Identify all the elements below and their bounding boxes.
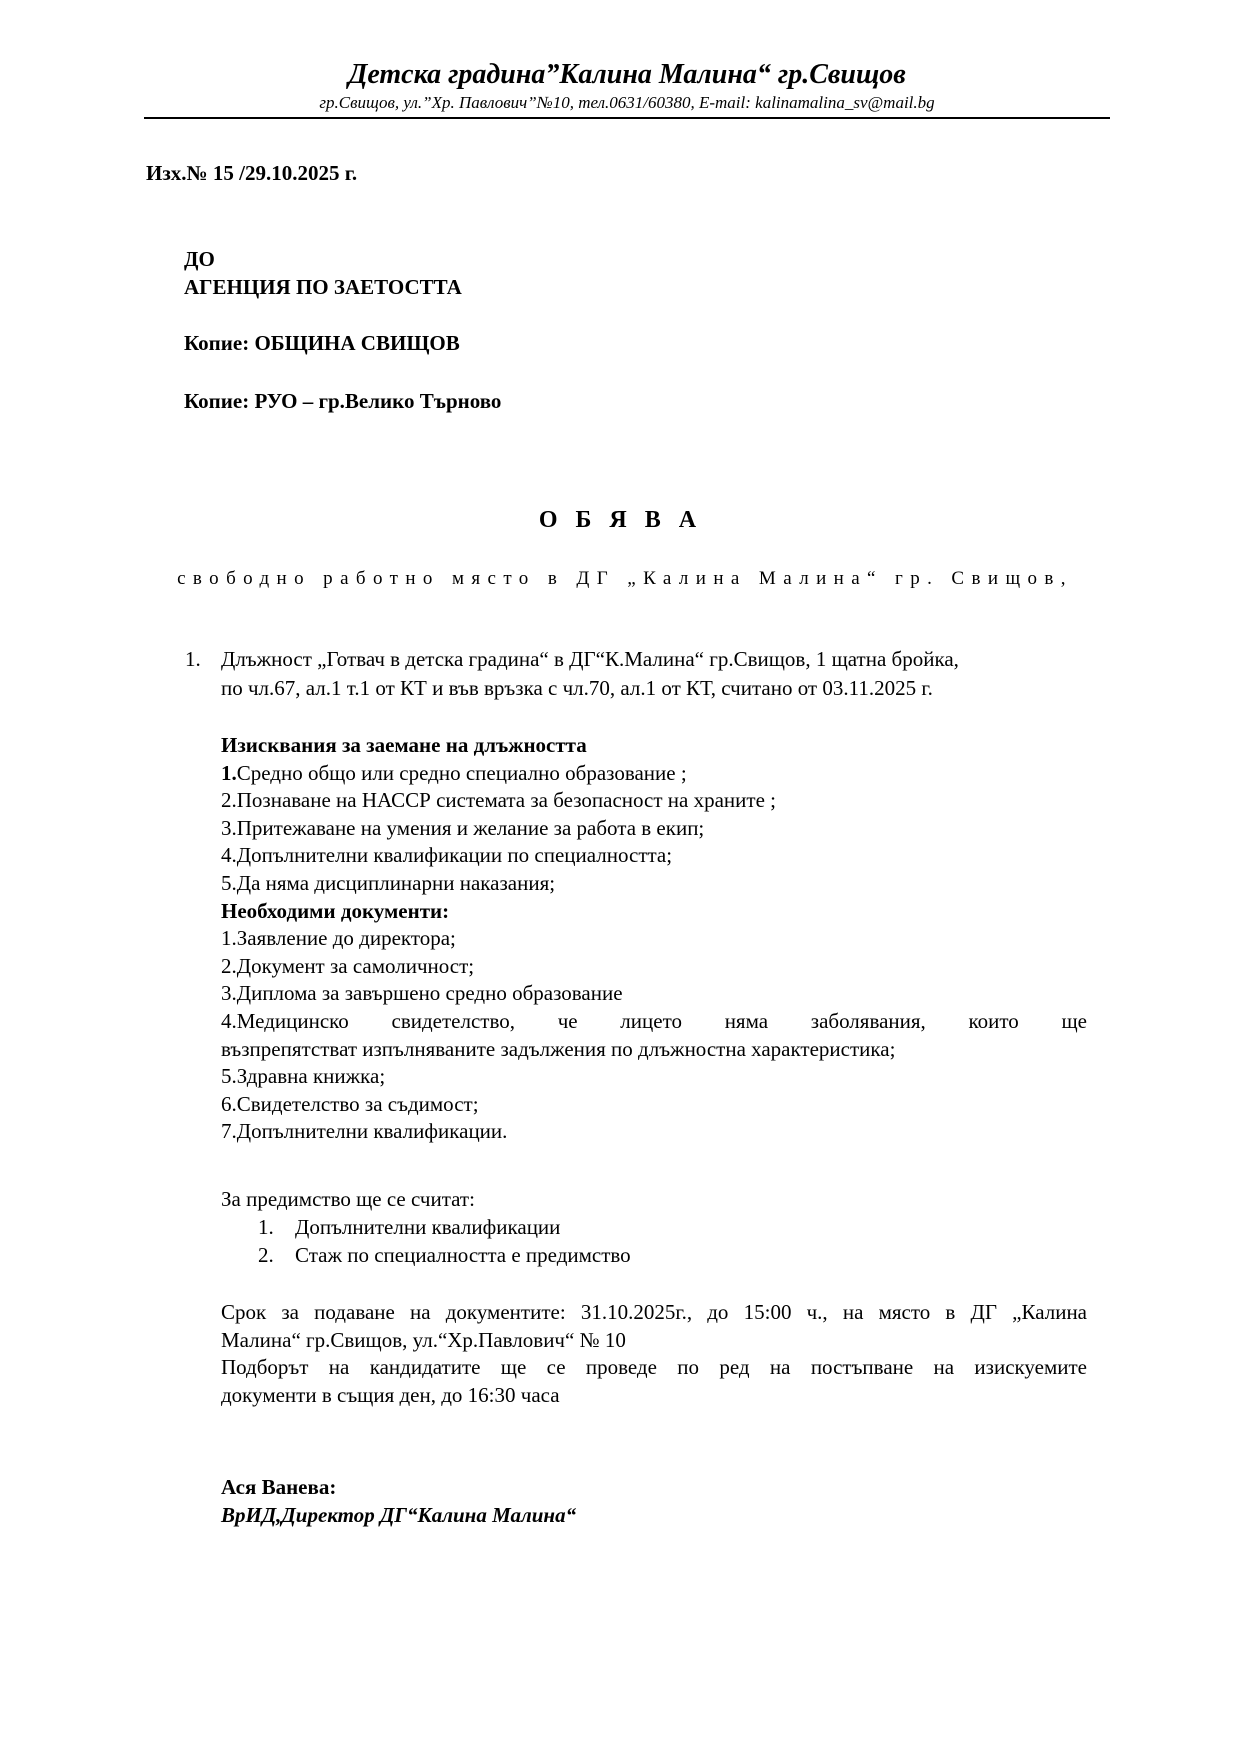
- document-item: 6.Свидетелство за съдимост;: [221, 1091, 1087, 1119]
- letterhead-divider: [144, 117, 1110, 119]
- notice-subtitle: свободно работно място в ДГ „Калина Мали…: [150, 567, 1100, 591]
- letterhead-contact: гр.Свищов, ул.”Хр. Павлович”№10, тел.063…: [143, 93, 1111, 113]
- deadline-section: Срок за подаване на документите: 31.10.2…: [221, 1299, 1087, 1409]
- position-number: 1.: [185, 646, 201, 673]
- document-item: 1.Заявление до директора;: [221, 925, 1087, 953]
- selection-line: Подборът на кандидатите ще се проведе по…: [221, 1354, 1087, 1382]
- document-item: 3.Диплома за завършено средно образовани…: [221, 980, 1087, 1008]
- document-item-medical-line1: 4.Медицинско свидетелство, че лицето ням…: [221, 1008, 1087, 1036]
- requirement-item: 3.Притежаване на умения и желание за раб…: [221, 815, 1087, 843]
- document-item: 7.Допълнителни квалификации.: [221, 1118, 1087, 1146]
- position-description-line2: по чл.67, ал.1 т.1 от КТ и във връзка с …: [221, 675, 933, 702]
- copy-recipient-municipality: Копие: ОБЩИНА СВИЩОВ: [184, 330, 460, 357]
- notice-title: О Б Я В А: [0, 505, 1241, 535]
- position-description-line1: Длъжност „Готвач в детска градина“ в ДГ“…: [221, 646, 959, 673]
- document-item: 5.Здравна книжка;: [221, 1063, 1087, 1091]
- documents-heading: Необходими документи:: [221, 898, 1087, 926]
- letterhead-title: Детска градина”Калина Малина“ гр.Свищов: [143, 58, 1111, 92]
- signatory-name: Ася Ванева:: [221, 1474, 336, 1501]
- outgoing-reference: Изх.№ 15 /29.10.2025 г.: [146, 160, 357, 187]
- advantage-item: Допълнителни квалификации: [295, 1214, 560, 1241]
- requirement-item: 2.Познаване на НАССР системата за безопа…: [221, 787, 1087, 815]
- advantage-item: Стаж по специалността е предимство: [295, 1242, 631, 1269]
- requirements-section: Изисквания за заемане на длъжността 1.Ср…: [221, 732, 1087, 1146]
- advantages-heading: За предимство ще се считат:: [221, 1186, 475, 1213]
- advantage-number: 2.: [258, 1242, 274, 1269]
- addressee-to-label: ДО: [184, 246, 215, 273]
- signatory-role: ВрИД,Директор ДГ“Калина Малина“: [221, 1502, 576, 1529]
- addressee-organization: АГЕНЦИЯ ПО ЗАЕТОСТТА: [184, 274, 462, 301]
- document-item-medical-line2: възпрепятстват изпълняваните задължения …: [221, 1036, 1087, 1064]
- document-item: 2.Документ за самоличност;: [221, 953, 1087, 981]
- requirement-text: Средно общо или средно специално образов…: [237, 761, 687, 785]
- requirement-number: 1.: [221, 761, 237, 785]
- requirement-item: 5.Да няма дисциплинарни наказания;: [221, 870, 1087, 898]
- selection-line: документи в същия ден, до 16:30 часа: [221, 1382, 1087, 1410]
- copy-recipient-ruo: Копие: РУО – гр.Велико Търново: [184, 388, 501, 415]
- advantage-number: 1.: [258, 1214, 274, 1241]
- requirement-item: 4.Допълнителни квалификации по специално…: [221, 842, 1087, 870]
- deadline-line: Срок за подаване на документите: 31.10.2…: [221, 1299, 1087, 1327]
- deadline-line: Малина“ гр.Свищов, ул.“Хр.Павлович“ № 10: [221, 1327, 1087, 1355]
- requirement-item: 1.Средно общо или средно специално образ…: [221, 760, 1087, 788]
- requirements-heading: Изисквания за заемане на длъжността: [221, 732, 1087, 760]
- document-page: Детска градина”Калина Малина“ гр.Свищов …: [0, 0, 1241, 1755]
